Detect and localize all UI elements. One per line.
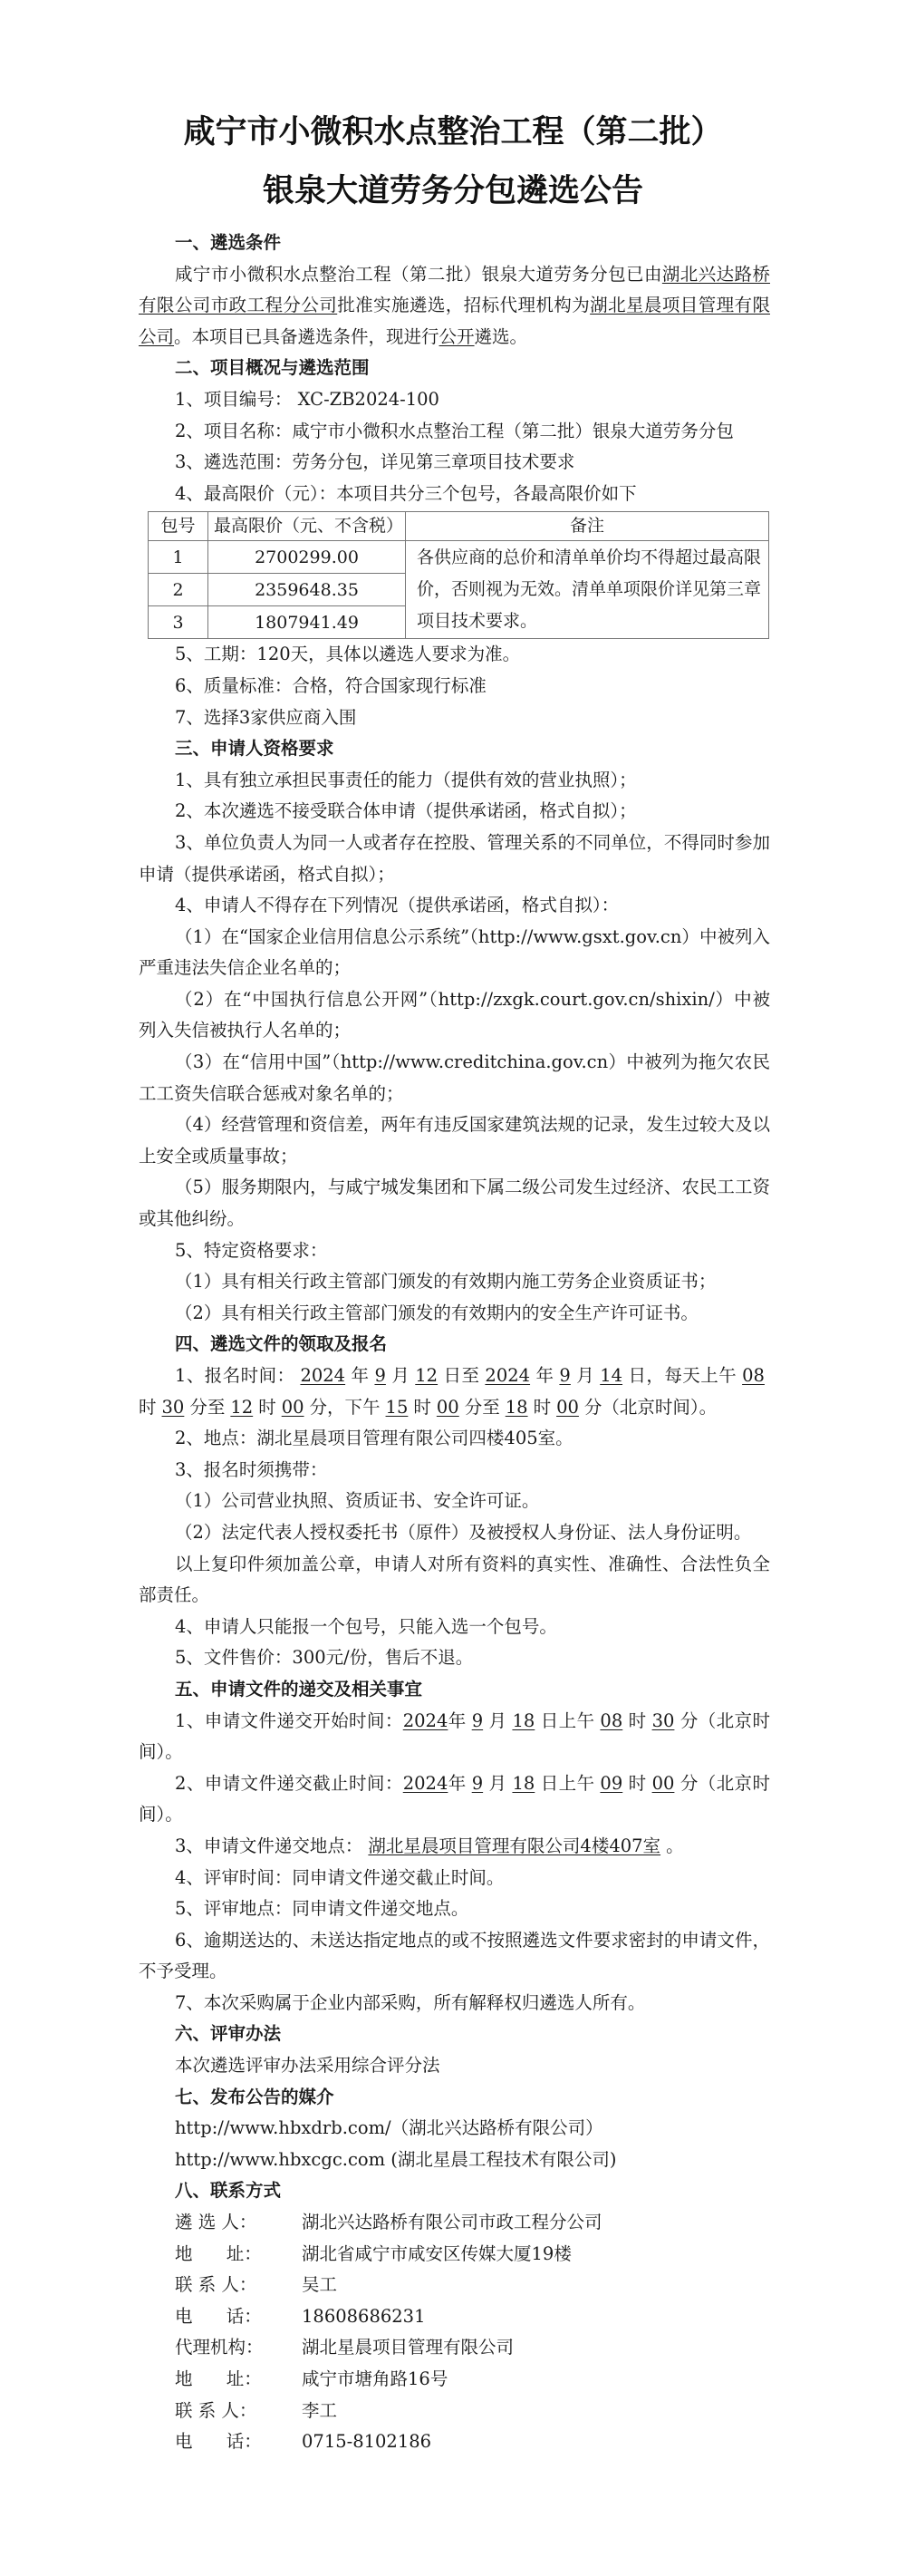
package-number: 1 (149, 541, 208, 574)
section-heading-media: 七、发布公告的媒介 (139, 2082, 770, 2114)
contact-value: 湖北省咸宁市咸安区传媒大厦19楼 (302, 2239, 770, 2271)
section-heading-evaluation: 六、评审办法 (139, 2019, 770, 2050)
contact-label: 代理机构： (175, 2332, 302, 2364)
section-heading-qualifications: 三、申请人资格要求 (139, 733, 770, 765)
special-qualification-item: （1）具有相关行政主管部门颁发的有效期内施工劳务企业资质证书； (139, 1266, 770, 1298)
end-year: 2024 (403, 1773, 448, 1794)
project-scope: 3、遴选范围：劳务分包，详见第三章项目技术要求 (139, 447, 770, 479)
contact-label: 电 话： (175, 2301, 302, 2333)
unit-text: 时 (413, 1397, 431, 1418)
special-qualifications: 5、特定资格要求： (139, 1235, 770, 1267)
unit-text: 年 (535, 1365, 554, 1386)
reg-end-day: 14 (594, 1365, 628, 1386)
unit-text: 时 (628, 1773, 646, 1794)
contact-row-agent: 代理机构：湖北星晨项目管理有限公司 (175, 2332, 770, 2364)
pm-start-minute: 00 (431, 1397, 465, 1418)
contact-list: 遴 选 人：湖北兴达路桥有限公司市政工程分公司 地 址：湖北省咸宁市咸安区传媒大… (139, 2207, 770, 2458)
evaluation-method: 本次遴选评审办法采用综合评分法 (139, 2050, 770, 2082)
end-month: 9 (467, 1773, 488, 1794)
review-time: 4、评审时间：同申请文件递交截止时间。 (139, 1863, 770, 1894)
unit-text: 分，下午 (310, 1397, 381, 1418)
exclusion-item: （2）在“中国执行信息公开网”（http://zxgk.court.gov.cn… (139, 984, 770, 1047)
unit-text: 日至 (443, 1365, 479, 1386)
start-minute: 30 (647, 1710, 680, 1731)
exclusion-item: （3）在“信用中国”（http://www.creditchina.gov.cn… (139, 1047, 770, 1109)
section-heading-conditions: 一、遴选条件 (139, 228, 770, 259)
start-hour: 08 (594, 1710, 628, 1731)
unit-text: 日，每天上午 (628, 1365, 737, 1386)
unit-text: 月 (576, 1365, 594, 1386)
contact-row-agent-phone: 电 话：0715-8102186 (175, 2426, 770, 2458)
end-hour: 09 (594, 1773, 628, 1794)
conditions-text: 咸宁市小微积水点整治工程（第二批）银泉大道劳务分包已由 (175, 264, 662, 285)
submission-deadline-label: 2、申请文件递交截止时间： (175, 1773, 403, 1794)
conditions-text: 批准实施遴选，招标代理机构为 (337, 295, 590, 315)
submission-place-label: 3、申请文件递交地点： (175, 1835, 362, 1856)
contact-row-address: 地 址：湖北省咸宁市咸安区传媒大厦19楼 (175, 2239, 770, 2271)
am-end-minute: 00 (276, 1397, 310, 1418)
header-package: 包号 (149, 512, 208, 541)
contact-value: 18608686231 (302, 2301, 770, 2333)
price-cap-intro: 4、最高限价（元）：本项目共分三个包号，各最高限价如下 (139, 479, 770, 510)
reg-end-year: 2024 (479, 1365, 535, 1386)
section-heading-contacts: 八、联系方式 (139, 2175, 770, 2207)
unit-text: 日上午 (540, 1710, 594, 1731)
unit-text: 时 (258, 1397, 276, 1418)
am-start-hour: 08 (737, 1365, 770, 1386)
conditions-text: 。本项目已具备遴选条件，现进行 (174, 326, 439, 347)
package-price: 1807941.49 (208, 606, 406, 639)
unit-text: 月 (488, 1710, 506, 1731)
contact-value: 湖北兴达路桥有限公司市政工程分公司 (302, 2207, 770, 2239)
submission-place: 3、申请文件递交地点：湖北星晨项目管理有限公司4楼407室。 (139, 1831, 770, 1863)
contact-value: 咸宁市塘角路16号 (302, 2364, 770, 2396)
unit-text: 时 (534, 1397, 552, 1418)
unit-text: 年 (448, 1773, 466, 1794)
contact-value: 李工 (302, 2396, 770, 2427)
contact-label: 地 址： (175, 2239, 302, 2271)
contact-row-agent-person: 联 系 人：李工 (175, 2396, 770, 2427)
unit-text: 日上午 (540, 1773, 594, 1794)
contact-value: 吴工 (302, 2270, 770, 2301)
end-minute: 00 (647, 1773, 680, 1794)
unit-text: 月 (488, 1773, 506, 1794)
interpretation-right: 7、本次采购属于企业内部采购，所有解释权归遴选人所有。 (139, 1988, 770, 2019)
package-number: 2 (149, 574, 208, 606)
submission-start-label: 1、申请文件递交开始时间： (175, 1710, 403, 1731)
submission-deadline: 2、申请文件递交截止时间：2024年9月18日上午09时00分（北京时间）。 (139, 1768, 770, 1831)
notice-body: 一、遴选条件 咸宁市小微积水点整治工程（第二批）银泉大道劳务分包已由湖北兴达路桥… (139, 228, 770, 2458)
registration-time-label: 1、报名时间： (175, 1365, 294, 1386)
material-item: （2）法定代表人授权委托书（原件）及被授权人身份证、法人身份证明。 (139, 1517, 770, 1549)
unit-text: 月 (391, 1365, 410, 1386)
reg-start-year: 2024 (294, 1365, 351, 1386)
registration-location: 2、地点：湖北星晨项目管理有限公司四楼405室。 (139, 1423, 770, 1455)
unit-text: 年 (448, 1710, 466, 1731)
header-price-cap: 最高限价（元、不含税） (208, 512, 406, 541)
qualification-item: 3、单位负责人为同一人或者存在控股、管理关系的不同单位，不得同时参加申请（提供承… (139, 828, 770, 890)
contact-value: 湖北星晨项目管理有限公司 (302, 2332, 770, 2364)
late-submission-rule: 6、逾期送达的、未送达指定地点的或不按照遴选文件要求密封的申请文件，不予受理。 (139, 1925, 770, 1988)
contact-label: 地 址： (175, 2364, 302, 2396)
contact-row-selector: 遴 选 人：湖北兴达路桥有限公司市政工程分公司 (175, 2207, 770, 2239)
conditions-paragraph: 咸宁市小微积水点整治工程（第二批）银泉大道劳务分包已由湖北兴达路桥有限公司市政工… (139, 259, 770, 353)
submission-place-value: 湖北星晨项目管理有限公司4楼407室 (362, 1835, 666, 1856)
media-link[interactable]: http://www.hbxdrb.com/（湖北兴达路桥有限公司） (139, 2113, 770, 2145)
review-place: 5、评审地点：同申请文件递交地点。 (139, 1893, 770, 1925)
contact-label: 电 话： (175, 2426, 302, 2458)
pm-end-hour: 18 (500, 1397, 534, 1418)
am-end-hour: 12 (225, 1397, 258, 1418)
contact-label: 联 系 人： (175, 2270, 302, 2301)
exclusion-item: （5）服务期限内，与咸宁城发集团和下属二级公司发生过经济、农民工工资或其他纠纷。 (139, 1172, 770, 1235)
qualification-item: 4、申请人不得存在下列情况（提供承诺函，格式自拟）： (139, 890, 770, 922)
selection-mode: 公开 (439, 326, 475, 347)
construction-period: 5、工期：120天，具体以遴选人要求为准。 (139, 639, 770, 671)
media-link[interactable]: http://www.hbxcgc.com (湖北星晨工程技术有限公司) (139, 2145, 770, 2176)
conditions-text: 遴选。 (475, 326, 528, 347)
quality-standard: 6、质量标准：合格，符合国家现行标准 (139, 671, 770, 702)
contact-row-phone: 电 话：18608686231 (175, 2301, 770, 2333)
contact-value: 0715-8102186 (302, 2426, 770, 2458)
package-price: 2700299.00 (208, 541, 406, 574)
exclusion-item: （1）在“国家企业信用信息公示系统”（http://www.gsxt.gov.c… (139, 922, 770, 984)
notice-title-line-2: 银泉大道劳务分包遴选公告 (0, 166, 906, 211)
table-row: 1 2700299.00 各供应商的总价和清单单价均不得超过最高限价，否则视为无… (149, 541, 769, 574)
submission-start-time: 1、申请文件递交开始时间：2024年9月18日上午08时30分（北京时间）。 (139, 1706, 770, 1768)
unit-text: 分至 (465, 1397, 500, 1418)
notice-title-line-1: 咸宁市小微积水点整治工程（第二批） (0, 107, 906, 152)
unit-text: 分至 (189, 1397, 225, 1418)
section-heading-overview: 二、项目概况与遴选范围 (139, 353, 770, 384)
document-price: 5、文件售价：300元/份，售后不退。 (139, 1642, 770, 1674)
registration-time: 1、报名时间：2024年9月12日至2024年9月14日，每天上午08时30分至… (139, 1361, 770, 1423)
registration-materials: 3、报名时须携带： (139, 1455, 770, 1487)
contact-row-person: 联 系 人：吴工 (175, 2270, 770, 2301)
package-price: 2359648.35 (208, 574, 406, 606)
pm-start-hour: 15 (381, 1397, 414, 1418)
reg-start-month: 9 (369, 1365, 390, 1386)
contact-row-agent-address: 地 址：咸宁市塘角路16号 (175, 2364, 770, 2396)
exclusion-item: （4）经营管理和资信差，两年有违反国家建筑法规的记录，发生过较大及以上安全或质量… (139, 1109, 770, 1172)
section-heading-registration: 四、遴选文件的领取及报名 (139, 1329, 770, 1361)
start-day: 18 (506, 1710, 540, 1731)
qualification-item: 2、本次遴选不接受联合体申请（提供承诺函，格式自拟）； (139, 796, 770, 828)
project-name: 2、项目名称：咸宁市小微积水点整治工程（第二批）银泉大道劳务分包 (139, 416, 770, 448)
reg-end-month: 9 (554, 1365, 575, 1386)
pm-end-minute: 00 (551, 1397, 584, 1418)
unit-text: 年 (351, 1365, 369, 1386)
start-year: 2024 (403, 1710, 448, 1731)
start-month: 9 (467, 1710, 488, 1731)
package-number: 3 (149, 606, 208, 639)
material-item: （1）公司营业执照、资质证书、安全许可证。 (139, 1486, 770, 1517)
section-heading-submission: 五、申请文件的递交及相关事宜 (139, 1674, 770, 1706)
qualification-item: 1、具有独立承担民事责任的能力（提供有效的营业执照）； (139, 765, 770, 797)
table-header-row: 包号 最高限价（元、不含税） 备注 (149, 512, 769, 541)
shortlist-count: 7、选择3家供应商入围 (139, 702, 770, 734)
contact-label: 遴 选 人： (175, 2207, 302, 2239)
reg-start-day: 12 (410, 1365, 443, 1386)
header-remarks: 备注 (406, 512, 769, 541)
copies-note: 以上复印件须加盖公章，申请人对所有资料的真实性、准确性、合法性负全部责任。 (139, 1549, 770, 1612)
unit-text: 时 (628, 1710, 646, 1731)
project-number: 1、项目编号： XC-ZB2024-100 (139, 384, 770, 416)
unit-text: 。 (666, 1835, 684, 1856)
special-qualification-item: （2）具有相关行政主管部门颁发的有效期内的安全生产许可证书。 (139, 1298, 770, 1330)
end-day: 18 (506, 1773, 540, 1794)
unit-text: 分（北京时间）。 (584, 1397, 717, 1418)
remarks-cell: 各供应商的总价和清单单价均不得超过最高限价，否则视为无效。清单单项限价详见第三章… (406, 541, 769, 639)
package-limit: 4、申请人只能报一个包号，只能入选一个包号。 (139, 1612, 770, 1643)
am-start-minute: 30 (157, 1397, 190, 1418)
contact-label: 联 系 人： (175, 2396, 302, 2427)
unit-text: 时 (139, 1397, 157, 1418)
price-cap-table: 包号 最高限价（元、不含税） 备注 1 2700299.00 各供应商的总价和清… (148, 511, 769, 639)
